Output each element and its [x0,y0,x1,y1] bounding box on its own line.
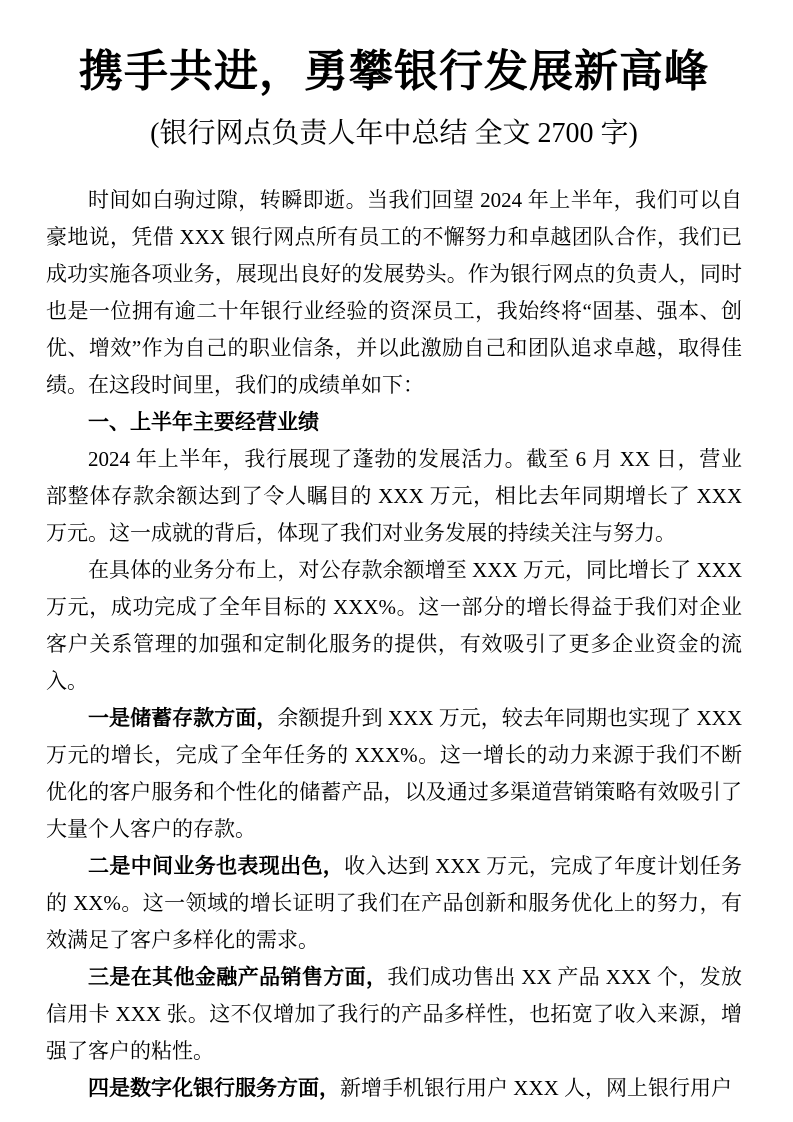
paragraph-corporate-deposits: 在具体的业务分布上，对公存款余额增至 XXX 万元，同比增长了 XXX 万元，成… [46,552,742,700]
paragraph-text: 时间如白驹过隙，转瞬即逝。当我们回望 2024 年上半年，我们可以自豪地说，凭借… [46,188,742,397]
document-subtitle-text: (银行网点负责人年中总结 全文 2700 字) [150,118,638,149]
paragraph-lead-bold: 四是数字化银行服务方面， [88,1077,340,1100]
paragraph-financial-product-sales: 三是在其他金融产品销售方面，我们成功售出 XX 产品 XXX 个，发放信用卡 X… [46,959,742,1070]
section-heading-text: 一、上半年主要经营业绩 [88,411,319,434]
paragraph-lead-bold: 三是在其他金融产品销售方面， [88,966,387,989]
paragraph-text: 在具体的业务分布上，对公存款余额增至 XXX 万元，同比增长了 XXX 万元，成… [46,558,742,693]
document-title: 携手共进，勇攀银行发展新高峰 [46,40,742,104]
document-subtitle: (银行网点负责人年中总结 全文 2700 字) [46,112,742,156]
document-body: 时间如白驹过隙，转瞬即逝。当我们回望 2024 年上半年，我们可以自豪地说，凭借… [46,182,742,1107]
paragraph-savings-deposits: 一是储蓄存款方面，余额提升到 XXX 万元，较去年同期也实现了 XXX 万元的增… [46,700,742,848]
paragraph-digital-banking: 四是数字化银行服务方面，新增手机银行用户 XXX 人，网上银行用户 [46,1070,742,1107]
paragraph-intermediate-business: 二是中间业务也表现出色，收入达到 XXX 万元，完成了年度计划任务的 XX%。这… [46,848,742,959]
paragraph-text: 2024 年上半年，我行展现了蓬勃的发展活力。截至 6 月 XX 日，营业部整体… [46,447,742,545]
document-page: 携手共进，勇攀银行发展新高峰 (银行网点负责人年中总结 全文 2700 字) 时… [0,0,793,1122]
section-heading-business-results: 一、上半年主要经营业绩 [46,404,742,441]
paragraph-text: 新增手机银行用户 XXX 人，网上银行用户 [340,1076,732,1100]
paragraph-overall-deposits: 2024 年上半年，我行展现了蓬勃的发展活力。截至 6 月 XX 日，营业部整体… [46,441,742,552]
paragraph-lead-bold: 一是储蓄存款方面， [88,707,277,730]
document-title-text: 携手共进，勇攀银行发展新高峰 [79,47,709,96]
intro-paragraph: 时间如白驹过隙，转瞬即逝。当我们回望 2024 年上半年，我们可以自豪地说，凭借… [46,182,742,404]
paragraph-lead-bold: 二是中间业务也表现出色， [88,855,344,878]
